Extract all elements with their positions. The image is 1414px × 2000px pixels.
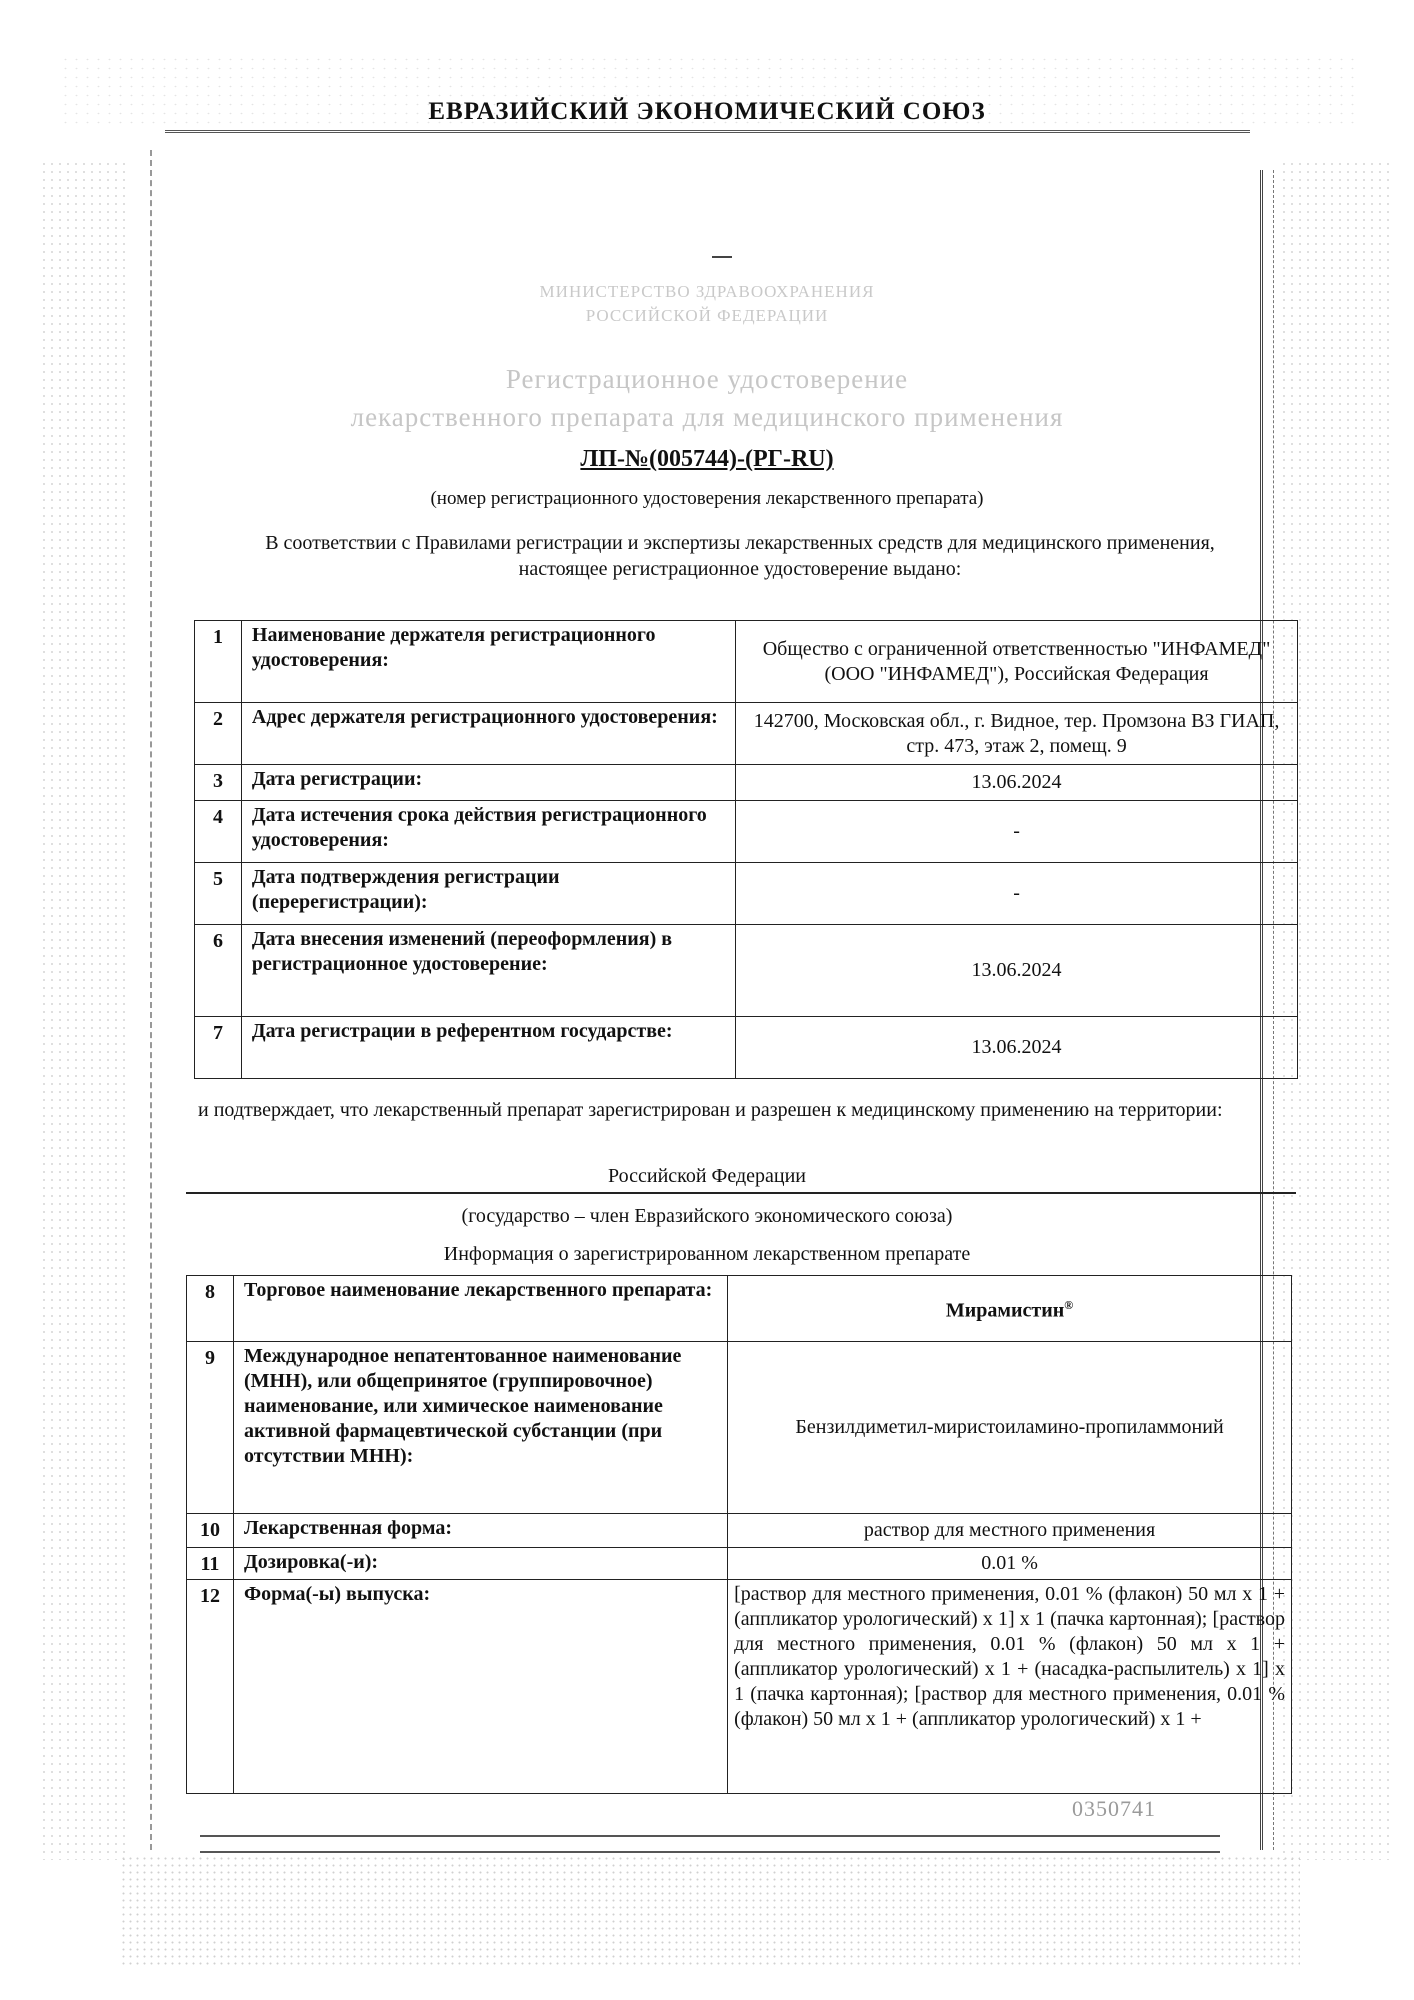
intro-text: В соответствии с Правилами регистрации и… — [230, 530, 1250, 582]
table-row: 1 Наименование держателя регистрационног… — [195, 621, 1298, 703]
row-number: 3 — [195, 765, 242, 801]
row-number: 6 — [195, 925, 242, 1017]
row-value: 13.06.2024 — [736, 1017, 1298, 1079]
holder-table: 1 Наименование держателя регистрационног… — [194, 620, 1298, 1079]
row-label: Дозировка(-и): — [233, 1548, 727, 1580]
row-number: 1 — [195, 621, 242, 703]
divider-mark — [712, 256, 732, 258]
row-value: Мирамистин® — [728, 1276, 1292, 1342]
trade-name: Мирамистин — [946, 1300, 1064, 1322]
row-value: 13.06.2024 — [736, 925, 1298, 1017]
ministry-name: МИНИСТЕРСТВО ЗДРАВООХРАНЕНИЯ РОССИЙСКОЙ … — [0, 280, 1414, 328]
confirmation-text: и подтверждает, что лекарственный препар… — [198, 1098, 1268, 1122]
table-row: 3 Дата регистрации: 13.06.2024 — [195, 765, 1298, 801]
table-row: 2 Адрес держателя регистрационного удост… — [195, 703, 1298, 765]
row-value: Общество с ограниченной ответственностью… — [736, 621, 1298, 703]
row-value: 0.01 % — [728, 1548, 1292, 1580]
table-row: 6 Дата внесения изменений (переоформлени… — [195, 925, 1298, 1017]
certificate-title: Регистрационное удостоверение лекарствен… — [0, 360, 1414, 436]
row-label: Форма(-ы) выпуска: — [233, 1580, 727, 1794]
row-label: Международное непатентованное наименован… — [233, 1342, 727, 1514]
row-label: Дата подтверждения регистрации (перереги… — [241, 863, 735, 925]
table-row: 5 Дата подтверждения регистрации (перере… — [195, 863, 1298, 925]
row-label: Дата истечения срока действия регистраци… — [241, 801, 735, 863]
union-title: ЕВРАЗИЙСКИЙ ЭКОНОМИЧЕСКИЙ СОЮЗ — [0, 98, 1414, 126]
product-table: 8 Торговое наименование лекарственного п… — [186, 1275, 1292, 1794]
certificate-title-line-1: Регистрационное удостоверение — [0, 360, 1414, 398]
row-label: Дата регистрации в референтном государст… — [241, 1017, 735, 1079]
row-label: Торговое наименование лекарственного пре… — [233, 1276, 727, 1342]
decorative-border-bottom — [120, 1855, 1300, 1965]
territory-caption: (государство – член Евразийского экономи… — [0, 1205, 1414, 1228]
row-label: Дата внесения изменений (переоформления)… — [241, 925, 735, 1017]
table-row: 10 Лекарственная форма: раствор для мест… — [187, 1514, 1292, 1548]
table-row: 8 Торговое наименование лекарственного п… — [187, 1276, 1292, 1342]
row-value: Бензилдиметил-миристоиламино-пропиламмон… — [728, 1342, 1292, 1514]
row-number: 5 — [195, 863, 242, 925]
registered-mark: ® — [1064, 1298, 1073, 1312]
row-label: Дата регистрации: — [241, 765, 735, 801]
ministry-line-2: РОССИЙСКОЙ ФЕДЕРАЦИИ — [0, 304, 1414, 328]
registration-number: ЛП-№(005744)-(РГ-RU) — [0, 446, 1414, 473]
row-label: Наименование держателя регистрационного … — [241, 621, 735, 703]
table-row: 7 Дата регистрации в референтном государ… — [195, 1017, 1298, 1079]
table-row: 12 Форма(-ы) выпуска: [раствор для местн… — [187, 1580, 1292, 1794]
ministry-line-1: МИНИСТЕРСТВО ЗДРАВООХРАНЕНИЯ — [0, 280, 1414, 304]
product-info-heading: Информация о зарегистрированном лекарств… — [0, 1243, 1414, 1266]
row-value: - — [736, 863, 1298, 925]
frame-bottom-line — [200, 1835, 1220, 1853]
row-number: 9 — [187, 1342, 234, 1514]
territory-name: Российской Федерации — [0, 1165, 1414, 1188]
row-number: 2 — [195, 703, 242, 765]
registration-number-caption: (номер регистрационного удостоверения ле… — [0, 488, 1414, 510]
row-value: - — [736, 801, 1298, 863]
row-value: [раствор для местного применения, 0.01 %… — [728, 1580, 1292, 1794]
row-value: 142700, Московская обл., г. Видное, тер.… — [736, 703, 1298, 765]
row-label: Лекарственная форма: — [233, 1514, 727, 1548]
row-value: 13.06.2024 — [736, 765, 1298, 801]
territory-underline — [186, 1192, 1296, 1194]
row-number: 7 — [195, 1017, 242, 1079]
row-number: 12 — [187, 1580, 234, 1794]
certificate-title-line-2: лекарственного препарата для медицинског… — [0, 398, 1414, 436]
row-number: 4 — [195, 801, 242, 863]
row-number: 10 — [187, 1514, 234, 1548]
row-number: 8 — [187, 1276, 234, 1342]
row-value: раствор для местного применения — [728, 1514, 1292, 1548]
row-label: Адрес держателя регистрационного удостов… — [241, 703, 735, 765]
row-number: 11 — [187, 1548, 234, 1580]
table-row: 4 Дата истечения срока действия регистра… — [195, 801, 1298, 863]
table-row: 9 Международное непатентованное наименов… — [187, 1342, 1292, 1514]
table-row: 11 Дозировка(-и): 0.01 % — [187, 1548, 1292, 1580]
serial-number: 0350741 — [1072, 1796, 1156, 1822]
